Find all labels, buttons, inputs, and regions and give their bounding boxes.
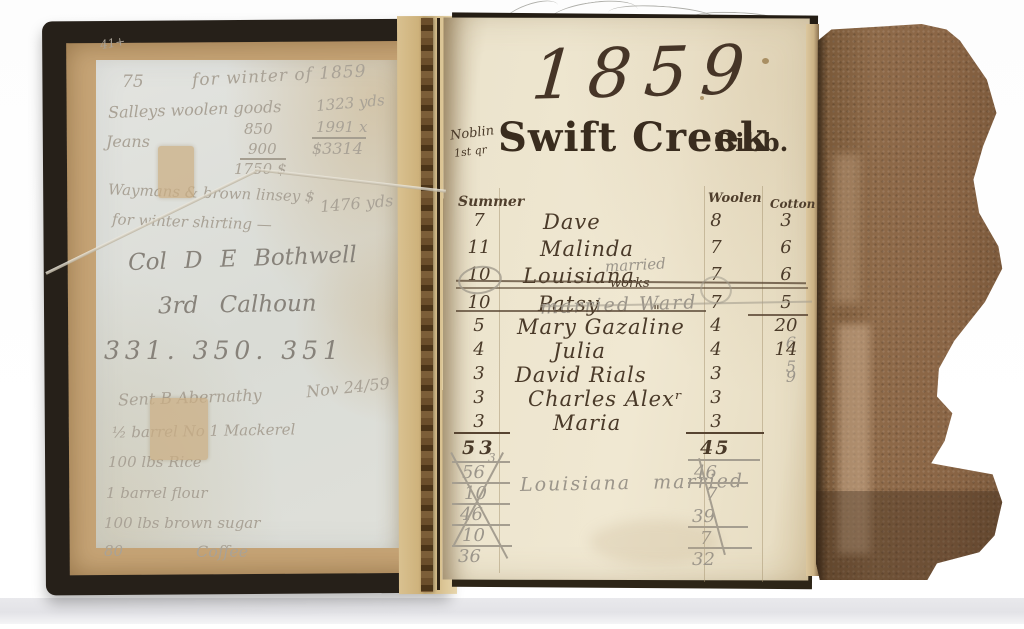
column-header-cotton: Cotton: [770, 197, 815, 211]
coffee-label: Coffee: [196, 542, 248, 561]
page-title-suffix: Bibb.: [714, 128, 788, 157]
table-shadow: [0, 598, 1024, 624]
cotton-underline: [748, 314, 808, 316]
spine-ridge: [421, 18, 433, 592]
column-header-summer: Summer: [458, 194, 524, 210]
arith-left-value: 36: [458, 546, 481, 567]
married-annotation: married: [605, 254, 667, 275]
person-name: Charles Alexʳ: [528, 387, 683, 411]
woolen-count: 8: [696, 210, 736, 231]
summer-count: 3: [459, 363, 499, 384]
foxing-stain: [590, 520, 720, 564]
tape-patch: [150, 398, 208, 460]
ledger-photo: 41+ 75 for winter of 1859 Salleys woolen…: [0, 0, 1024, 629]
provision-item: 100 lbs brown sugar: [104, 514, 260, 532]
jeans-label: Jeans: [106, 132, 150, 151]
owner-numbers: 331. 350. 351: [104, 336, 344, 365]
winter-qty: 75: [122, 72, 144, 92]
page-stain: [700, 96, 704, 100]
person-name: Dave: [543, 210, 601, 234]
cotton-count: 3: [766, 210, 806, 231]
column-header-woolen: Woolen: [708, 191, 762, 206]
arith-rule: [452, 524, 510, 526]
jeans-850: 850: [244, 120, 273, 138]
ledger-row: 7 Dave 8 3: [455, 210, 820, 236]
ledger-row: 4 Julia 4 14 5: [455, 339, 820, 365]
arith-left-value: 3: [488, 451, 496, 465]
jeans-900: 900: [248, 140, 277, 158]
tape-patch: [158, 146, 194, 198]
page-stain: [762, 58, 769, 64]
person-name: Julia: [553, 339, 606, 363]
summer-count: 4: [459, 339, 499, 360]
person-name: Maria: [553, 411, 621, 435]
cotton-pencil-count: 9: [771, 367, 811, 386]
total-rule: [686, 432, 764, 434]
cotton-count: 6: [766, 237, 806, 258]
arith-rule: [452, 461, 510, 463]
woolen-count: 3: [696, 387, 736, 408]
flap-dark-bottom: [816, 491, 1008, 580]
strike-line: [456, 287, 808, 289]
owner-place: 3rd Calhoun: [158, 291, 317, 320]
summer-count: 3: [459, 387, 499, 408]
ledger-row: 5 Mary Gazaline 4 20 6: [455, 315, 820, 341]
person-name: Mary Gazaline: [517, 315, 685, 339]
torn-leather-flap: [816, 24, 1008, 580]
works-note: works: [610, 276, 650, 291]
summer-count: 5: [459, 315, 499, 336]
provision-item: 1 barrel flour: [106, 484, 208, 502]
woolen-total: 45: [700, 437, 730, 459]
summer-count: 3: [459, 411, 499, 432]
flap-worn-patch: [834, 154, 860, 304]
strike-line: [456, 310, 706, 312]
ledger-row: 3 Charles Alexʳ 3: [455, 387, 820, 413]
spine-crevice: [437, 18, 440, 590]
year-heading: 1859: [529, 31, 746, 115]
arith-rule: [452, 545, 512, 547]
total-rule: [454, 432, 510, 434]
sum-1991: 1991 x: [316, 118, 367, 136]
woolen-count: 4: [696, 339, 736, 360]
summer-count: 11: [459, 237, 499, 258]
woolen-count: 3: [696, 411, 736, 432]
ledger-row: 3 David Rials 3 9: [455, 363, 820, 389]
arith-rule: [452, 503, 510, 505]
person-name: David Rials: [515, 363, 647, 387]
arith-left-value: 10: [462, 525, 485, 546]
arith-rule: [452, 482, 510, 484]
arith-rule: [688, 482, 748, 484]
woolen-count: 3: [696, 363, 736, 384]
woolen-count: 4: [696, 315, 736, 336]
coffee-qty: 80: [104, 542, 123, 560]
summer-count: 7: [459, 210, 499, 231]
sum-3314: $3314: [312, 139, 363, 158]
woolen-count: 7: [696, 237, 736, 258]
